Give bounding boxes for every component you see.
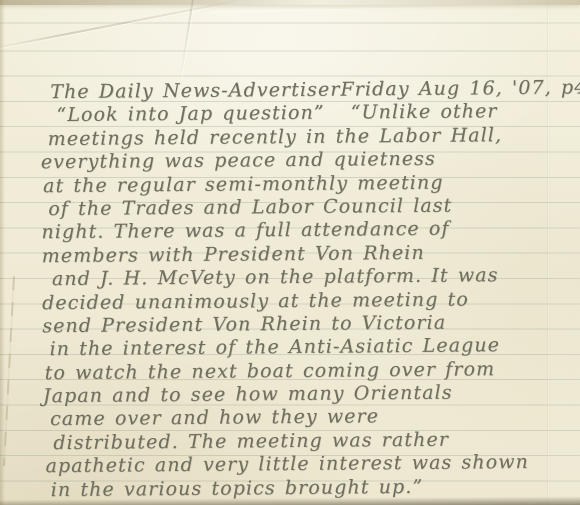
handwriting-line: in the various topics brought up.” — [51, 474, 546, 502]
handwriting-line: and J. H. McVety on the platform. It was — [52, 264, 544, 292]
scanned-note-photo: The Daily News-Advertiser Friday Aug 16,… — [0, 0, 580, 505]
handwriting-line: decided unanimously at the meeting to — [42, 287, 544, 315]
article-headline: “Look into Jap question” — [56, 102, 324, 128]
torn-top-edge — [0, 0, 580, 5]
handwriting-line: to watch the next boat coming over from — [45, 357, 545, 385]
source-date: Friday Aug 16, '07, p4 — [340, 76, 580, 102]
crease-mark — [210, 4, 570, 13]
handwriting-line: apathetic and very little interest was s… — [45, 451, 545, 479]
article-opening-words: “Unlike other — [351, 101, 498, 126]
handwriting-line: meetings held recently in the Labor Hall… — [48, 124, 543, 152]
handwriting: The Daily News-Advertiser Friday Aug 16,… — [40, 77, 546, 502]
source-title: The Daily News-Advertiser — [50, 79, 340, 105]
notebook-page: The Daily News-Advertiser Friday Aug 16,… — [0, 0, 580, 505]
